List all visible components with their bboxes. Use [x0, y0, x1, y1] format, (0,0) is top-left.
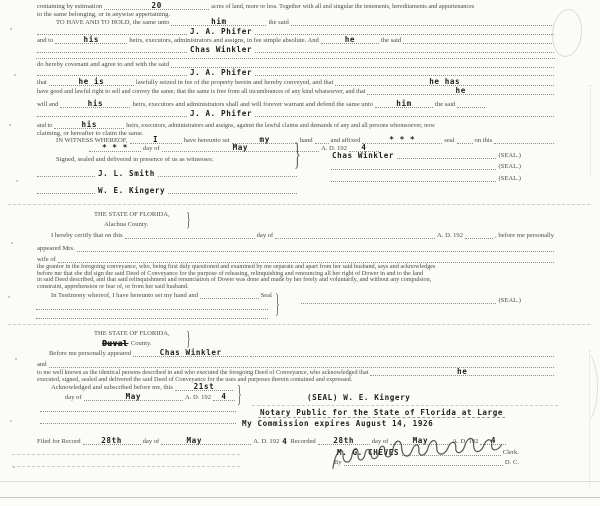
typed-signer: Chas Winkler — [330, 152, 396, 160]
printed-text: the said — [267, 19, 289, 27]
page-rule — [0, 497, 600, 498]
printed-text: and — [36, 361, 48, 369]
seal-label: (SEAL.) — [497, 152, 522, 160]
dotted-fill — [200, 298, 259, 299]
printed-text: day of — [142, 438, 161, 446]
typed-year: 4 — [221, 393, 226, 401]
dotted-fill — [37, 176, 95, 177]
line-before-me: Before me personally appeared Chas Winkl… — [48, 350, 555, 358]
printed-text: containing by estimation — [36, 3, 103, 11]
dotted-fill — [37, 52, 187, 53]
dotted-fill — [331, 169, 496, 170]
dotted-fill — [397, 158, 496, 159]
line-heirs-assigns: and to his heirs, executors, administrat… — [36, 37, 555, 45]
dotted-fill — [291, 25, 554, 26]
dotted-fill — [331, 181, 496, 182]
binder-ring-mark — [550, 8, 585, 59]
printed-text: In Testimony whereof, I have hereunto se… — [50, 292, 199, 300]
page-edge-dots — [590, 85, 591, 175]
printed-text: Signed, sealed and delivered in presence… — [55, 156, 214, 164]
dotted-fill: he — [367, 94, 554, 95]
printed-text: day of — [142, 145, 161, 153]
line-warrant: will and his heirs, executors and admini… — [36, 101, 555, 109]
line-state-1: THE STATE OF FLORIDA, — [93, 211, 171, 219]
printed-text: that — [36, 79, 48, 87]
blank-dotted-line — [36, 318, 268, 319]
dotted-fill: 4 — [213, 400, 235, 401]
line-containing: containing by estimation 20 acres of lan… — [36, 3, 555, 11]
testimony-brace: } — [275, 291, 280, 320]
typed-acreage: 20 — [152, 2, 162, 10]
dotted-fill — [158, 176, 297, 177]
pencil-line — [12, 466, 240, 467]
printed-text: A. D. 192 — [252, 438, 280, 446]
line-county-2: Duval County. — [100, 339, 153, 348]
typed-filed-day: 28th — [101, 437, 122, 445]
line-commission: My Commission expires August 14, 1926 — [240, 419, 435, 428]
blank-dotted-line — [40, 423, 236, 424]
typed-he: he — [457, 368, 467, 376]
line-seized: that he is lawfully seized in fee of the… — [36, 79, 555, 87]
dotted-fill — [37, 193, 95, 194]
printed-text: , before me personally — [494, 232, 555, 240]
printed-text: have hereunto set — [183, 137, 231, 145]
typed-I: I — [153, 136, 158, 144]
line-ack-date: day of May A. D. 192 4 — [64, 394, 236, 402]
typed-he-is: he is — [78, 78, 104, 86]
dotted-fill — [229, 444, 251, 445]
printed-text: constraint, apprehension or fear of, or … — [36, 283, 190, 291]
dotted-fill: his — [54, 128, 124, 129]
dotted-fill — [37, 75, 187, 76]
dotted-fill — [168, 193, 297, 194]
line-appeared-mrs: appeared Mrs. — [36, 245, 555, 253]
line-grantee-name-3: J. A. Phifer — [36, 109, 555, 118]
seal-label: (SEAL.) — [497, 297, 522, 305]
signature-rule — [252, 405, 558, 406]
typed-filed-month: May — [187, 437, 203, 445]
printed-text: will and — [36, 101, 59, 109]
line-testimony: In Testimony whereof, I have hereunto se… — [50, 292, 273, 300]
typed-notary-signature: (SEAL) W. E. Kingery — [305, 394, 412, 402]
typed-county: Duval — [100, 340, 130, 348]
printed-text: and to — [36, 122, 53, 130]
typed-his: his — [84, 36, 100, 44]
line-state-2: THE STATE OF FLORIDA, — [93, 330, 171, 338]
dotted-fill — [255, 34, 554, 35]
printed-text: heirs, executors, administrators and ass… — [125, 122, 436, 130]
typed-grantee: J. A. Phifer — [188, 69, 254, 77]
blank-dotted-line — [36, 58, 555, 59]
line-acknowledged: Acknowledged and subscribed before me, t… — [50, 384, 234, 392]
deputy-clerk-signature — [327, 423, 520, 480]
line-seal-2: (SEAL.) — [330, 163, 522, 171]
typed-he-has: he has — [429, 78, 460, 86]
dotted-fill: his — [60, 107, 130, 108]
typed-witness-1: J. L. Smith — [96, 170, 157, 178]
line-witness-2: W. E. Kingery — [36, 186, 298, 195]
printed-text: TO HAVE AND TO HOLD, the same unto — [55, 19, 170, 27]
dotted-fill — [301, 303, 496, 304]
dotted-fill — [315, 143, 329, 144]
printed-text: day of — [256, 232, 275, 240]
line-county-1: Alachua County. — [103, 221, 149, 229]
line-belonging: to the same belonging, or in anywise app… — [36, 11, 171, 19]
line-dower-para-4: constraint, apprehension or fear of, or … — [36, 283, 190, 291]
printed-text: and affixed — [330, 137, 362, 145]
typed-grantee: J. A. Phifer — [188, 110, 254, 118]
dotted-fill — [403, 43, 554, 44]
typed-he: he — [456, 87, 466, 95]
line-grantor-name: Chas Winkler — [36, 45, 555, 54]
pencil-line — [12, 454, 240, 455]
dotted-fill: he — [370, 375, 554, 376]
printed-text: Seal — [260, 292, 273, 300]
dotted-fill: him — [375, 107, 433, 108]
seal-label: (SEAL.) — [497, 175, 522, 183]
dotted-fill: he is — [49, 85, 134, 86]
typed-grantor: Chas Winkler — [188, 46, 254, 54]
dotted-fill — [255, 52, 554, 53]
typed-his: his — [88, 100, 104, 108]
dotted-fill: 20 — [104, 9, 209, 10]
line-grantee-name-2: J. A. Phifer — [36, 68, 555, 77]
dotted-fill — [37, 34, 187, 35]
typed-month: May — [126, 393, 142, 401]
printed-text: appeared Mrs. — [36, 245, 76, 253]
line-seal-3: (SEAL.) — [330, 175, 522, 183]
dotted-fill: * * * — [89, 151, 141, 152]
typed-him: him — [211, 18, 227, 26]
dotted-fill — [457, 107, 485, 108]
line-seal-1: Chas Winkler (SEAL.) — [330, 151, 522, 160]
printed-text: Acknowledged and subscribed before me, t… — [50, 384, 174, 392]
typed-month: May — [233, 144, 249, 152]
margin-specks — [10, 28, 12, 30]
line-notary-signature: (SEAL) W. E. Kingery — [305, 393, 412, 402]
typed-he: he — [345, 36, 355, 44]
dotted-fill: 28th — [83, 444, 141, 445]
dotted-fill — [250, 356, 554, 357]
typed-asterisks: * * * — [102, 144, 128, 152]
typed-his: his — [82, 121, 98, 129]
blank-dotted-line — [36, 309, 268, 310]
printed-text: THE STATE OF FLORIDA, — [93, 211, 171, 219]
dotted-fill — [255, 75, 554, 76]
section-divider — [8, 204, 590, 205]
printed-text: lawfully seized in fee of the property h… — [135, 79, 335, 87]
dotted-fill — [255, 116, 554, 117]
deed-document-page: containing by estimation 20 acres of lan… — [0, 0, 600, 506]
dotted-fill — [77, 251, 554, 252]
dotted-fill: May — [161, 444, 227, 445]
line-grantee-name: J. A. Phifer — [36, 27, 555, 36]
typed-day: 21st — [194, 383, 215, 391]
typed-commission: My Commission expires August 14, 1926 — [240, 420, 435, 428]
printed-text: and to — [36, 37, 54, 45]
printed-text: Alachua County. — [103, 221, 149, 229]
printed-text: THE STATE OF FLORIDA, — [93, 330, 171, 338]
printed-text: to the same belonging, or in anywise app… — [36, 11, 171, 19]
dotted-fill — [465, 238, 493, 239]
section-divider — [8, 324, 590, 325]
line-in-witness: IN WITNESS WHEREOF, I have hereunto set … — [55, 137, 555, 145]
printed-text: day of — [64, 394, 83, 402]
printed-text: A. D. 192 — [184, 394, 212, 402]
typed-my: my — [260, 136, 270, 144]
dotted-fill: 21st — [175, 390, 233, 391]
dotted-fill — [49, 367, 554, 368]
line-and: and — [36, 361, 555, 369]
ack-brace: } — [237, 383, 242, 409]
line-certify: I hereby certify that on this day of A. … — [50, 232, 555, 240]
dotted-fill: Chas Winkler — [133, 356, 248, 357]
typed-notary-title: Notary Public for the State of Florida a… — [258, 409, 505, 418]
dotted-fill: him — [171, 25, 266, 26]
dotted-fill: I — [130, 143, 182, 144]
printed-text: have good and lawful right to sell and c… — [36, 88, 366, 96]
typed-grantee: J. A. Phifer — [188, 28, 254, 36]
state-brace-1: } — [186, 210, 191, 232]
printed-text: County. — [130, 340, 153, 348]
typed-appearer: Chas Winkler — [160, 349, 222, 357]
dotted-fill — [457, 143, 473, 144]
printed-text: the said — [434, 101, 456, 109]
line-witness-1: J. L. Smith — [36, 169, 298, 178]
page-edge-dots — [589, 350, 590, 490]
dotted-fill — [125, 238, 255, 239]
dotted-fill: his — [55, 43, 127, 44]
printed-text: on this — [474, 137, 494, 145]
dotted-fill: * * * — [362, 143, 442, 144]
blank-dotted-line — [40, 411, 236, 412]
dotted-fill: May — [84, 400, 183, 401]
printed-text: Filed for Record — [36, 438, 82, 446]
printed-text: Before me personally appeared — [48, 350, 132, 358]
line-notary-title: Notary Public for the State of Florida a… — [258, 409, 505, 418]
page-edge-mark — [566, 348, 598, 426]
printed-text: seal — [443, 137, 455, 145]
printed-text: Recorded — [289, 438, 316, 446]
typed-asterisks: * * * — [389, 136, 415, 144]
typed-filed-year: 4 — [280, 438, 289, 446]
typed-him: him — [396, 100, 412, 108]
page-rule — [0, 481, 600, 482]
line-witness-heading: Signed, sealed and delivered in presence… — [55, 156, 214, 164]
dotted-fill — [275, 238, 435, 239]
line-seal-notary-1: (SEAL.) — [300, 297, 522, 305]
printed-text: A. D. 192 — [436, 232, 464, 240]
line-claims: and to his heirs, executors, administrat… — [36, 122, 555, 130]
printed-text: hand — [299, 137, 314, 145]
printed-text: acres of land, more or less. Together wi… — [210, 3, 475, 11]
printed-text: the said — [380, 37, 402, 45]
dotted-fill: he has — [335, 85, 554, 86]
typed-witness-2: W. E. Kingery — [96, 187, 167, 195]
dotted-fill: he — [321, 43, 379, 44]
dotted-fill — [37, 116, 187, 117]
printed-text: I hereby certify that on this — [50, 232, 124, 240]
line-incumbrances: have good and lawful right to sell and c… — [36, 88, 555, 96]
dotted-fill — [494, 143, 554, 144]
line-habendum: TO HAVE AND TO HOLD, the same unto him t… — [55, 19, 555, 27]
printed-text: heirs, executors, administrators and ass… — [128, 37, 320, 45]
printed-text: heirs, executors and administrators shal… — [131, 101, 374, 109]
seal-label: (SEAL.) — [497, 163, 522, 171]
